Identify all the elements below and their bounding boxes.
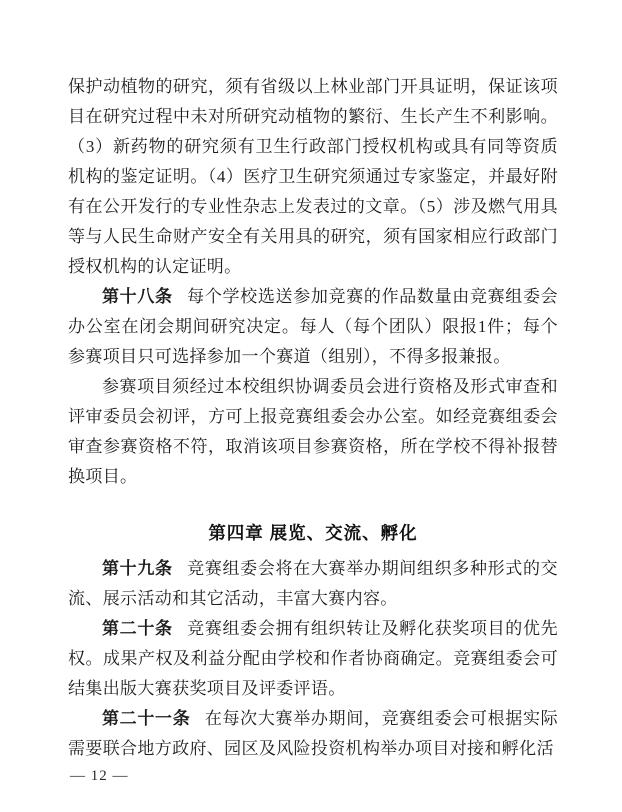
article-19-paragraph: 第十九条竞赛组委会将在大赛举办期间组织多种形式的交流、展示活动和其它活动，丰富大… (68, 554, 558, 614)
article-20-number: 第二十条 (102, 619, 173, 638)
continuation-paragraph: 保护动植物的研究，须有省级以上林业部门开具证明，保证该项目在研究过程中未对所研究… (68, 72, 558, 282)
page-number: — 12 — (70, 766, 129, 786)
article-19-number: 第十九条 (102, 559, 173, 578)
article-18-number: 第十八条 (102, 287, 173, 306)
article-18-second-paragraph: 参赛项目须经过本校组织协调委员会进行资格及形式审查和评审委员会初评，方可上报竞赛… (68, 372, 558, 492)
text-block: 保护动植物的研究，须有省级以上林业部门开具证明，保证该项目在研究过程中未对所研究… (68, 72, 558, 764)
article-21-number: 第二十一条 (102, 709, 190, 728)
article-18-paragraph: 第十八条每个学校选送参加竞赛的作品数量由竞赛组委会办公室在闭会期间研究决定。每人… (68, 282, 558, 372)
article-20-paragraph: 第二十条竞赛组委会拥有组织转让及孵化获奖项目的优先权。成果产权及利益分配由学校和… (68, 614, 558, 704)
article-21-paragraph: 第二十一条在每次大赛举办期间，竞赛组委会可根据实际需要联合地方政府、园区及风险投… (68, 704, 558, 764)
document-page: 保护动植物的研究，须有省级以上林业部门开具证明，保证该项目在研究过程中未对所研究… (0, 0, 622, 812)
chapter-heading: 第四章 展览、交流、孵化 (68, 518, 558, 548)
